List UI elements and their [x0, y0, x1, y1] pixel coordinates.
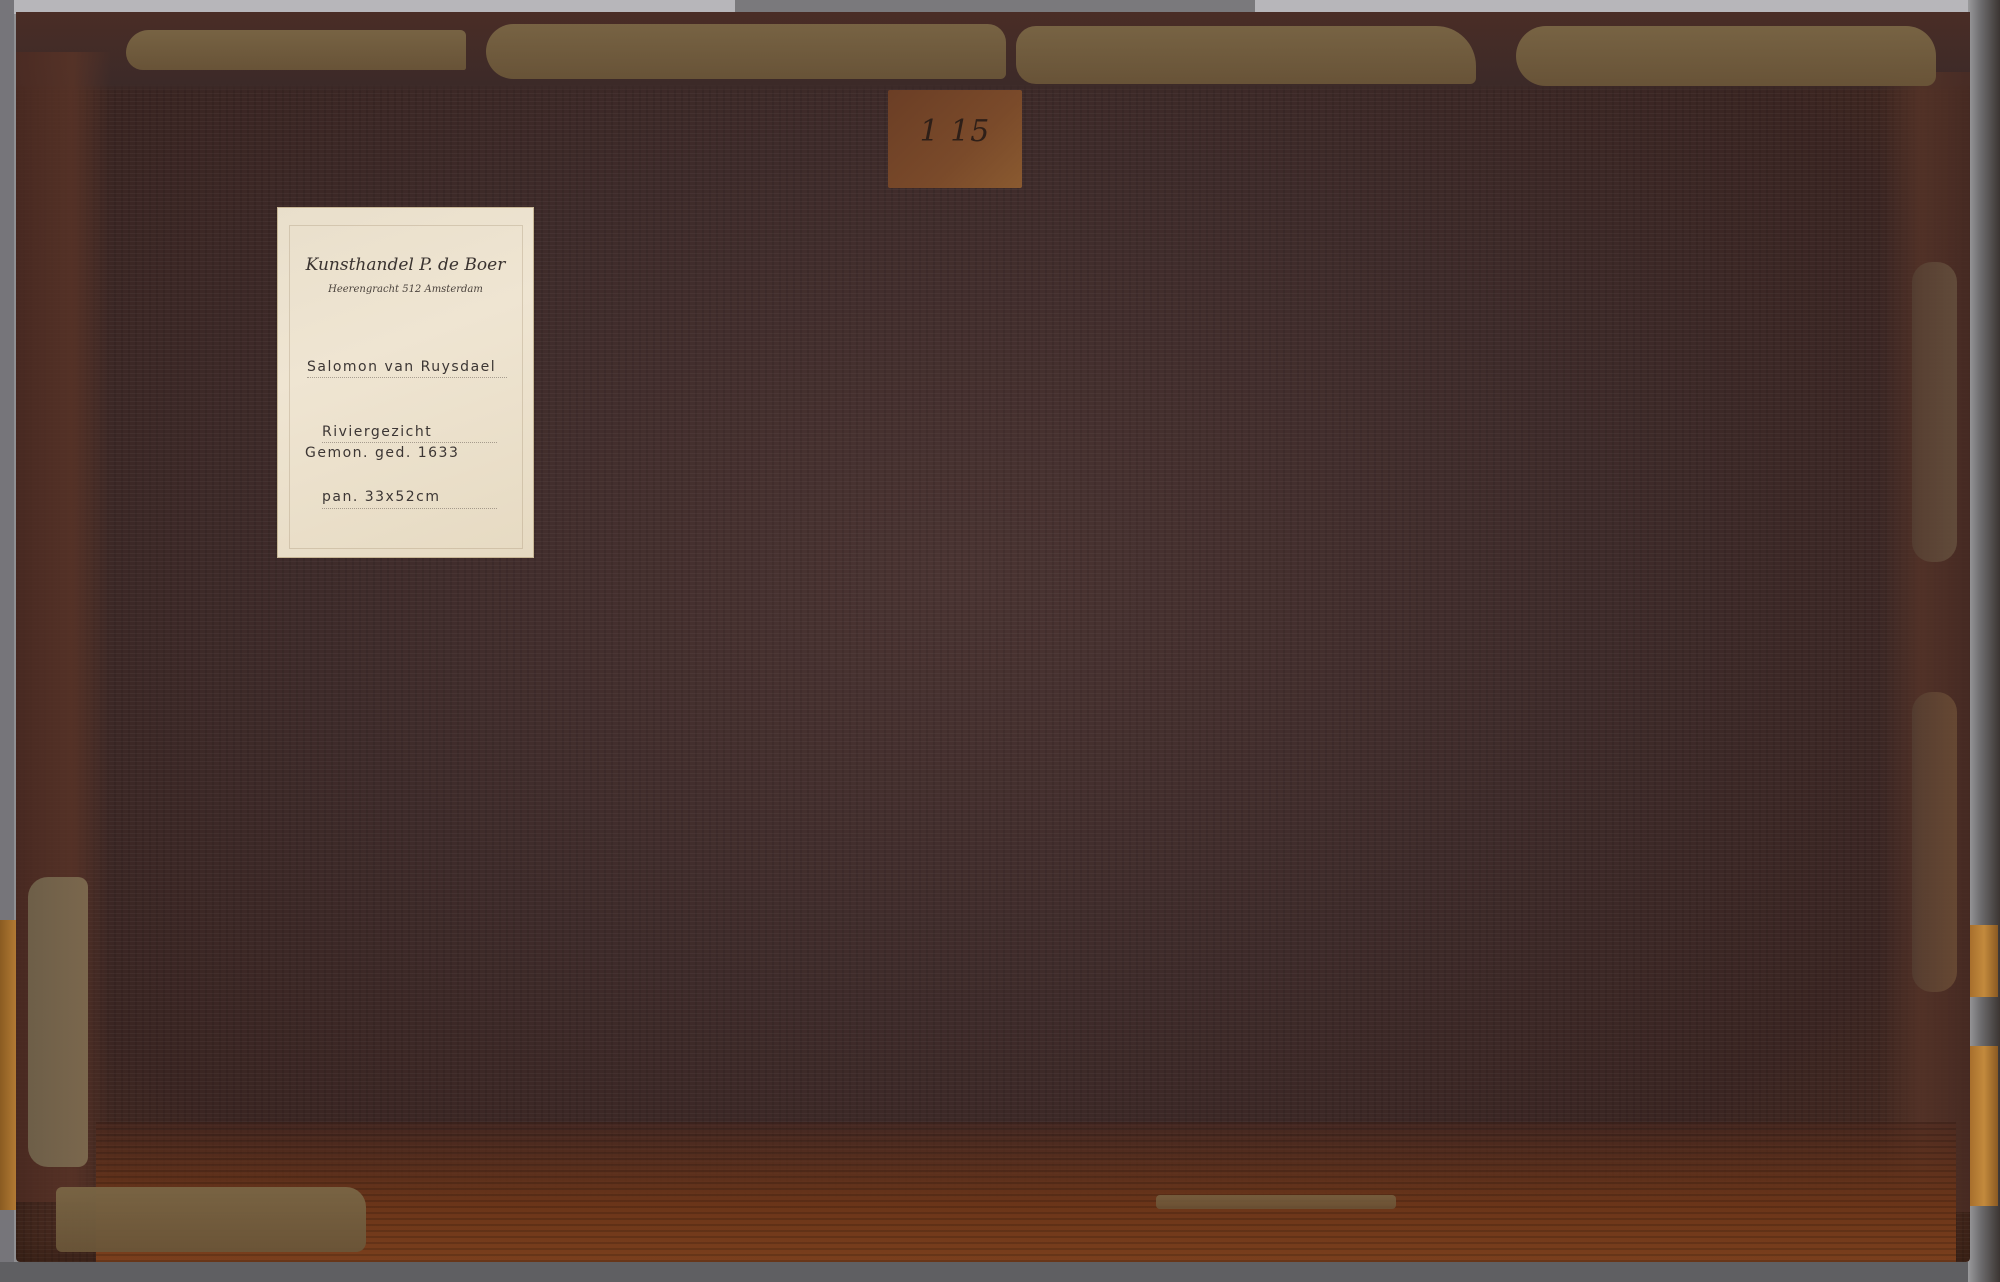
dotted-line: [307, 376, 507, 378]
backdrop-bottom: [0, 1262, 2000, 1282]
easel-block-upper: [1970, 925, 1998, 997]
dotted-line: [322, 441, 497, 443]
dotted-line: [322, 507, 497, 509]
dealer-label: Kunsthandel P. de Boer Heerengracht 512 …: [277, 207, 534, 558]
tape-residue: [486, 24, 1006, 79]
medium-size: pan. 33x52cm: [322, 489, 441, 505]
dealer-name: Kunsthandel P. de Boer: [277, 255, 534, 275]
panel-bevel-right: [1880, 72, 1970, 1212]
dealer-address: Heerengracht 512 Amsterdam: [277, 284, 534, 295]
tape-residue: [1516, 26, 1936, 86]
inventory-number: 1 15: [888, 114, 1022, 149]
tape-residue: [56, 1187, 366, 1252]
easel-block-lower: [1970, 1046, 1998, 1206]
easel-support-left: [0, 920, 16, 1210]
tape-residue: [1912, 692, 1957, 992]
painting-panel-reverse: [16, 12, 1970, 1262]
painting-title: Riviergezicht: [322, 424, 432, 440]
tape-residue: [1912, 262, 1957, 562]
panel-bevel-bottom: [96, 1122, 1956, 1262]
artist-name: Salomon van Ruysdael: [307, 359, 496, 375]
tape-residue: [126, 30, 466, 70]
tape-residue: [28, 877, 88, 1167]
tape-residue: [1016, 26, 1476, 84]
tape-residue: [1156, 1195, 1396, 1209]
signature-note: Gemon. ged. 1633: [305, 445, 459, 461]
inventory-number-tag: 1 15: [888, 90, 1022, 188]
